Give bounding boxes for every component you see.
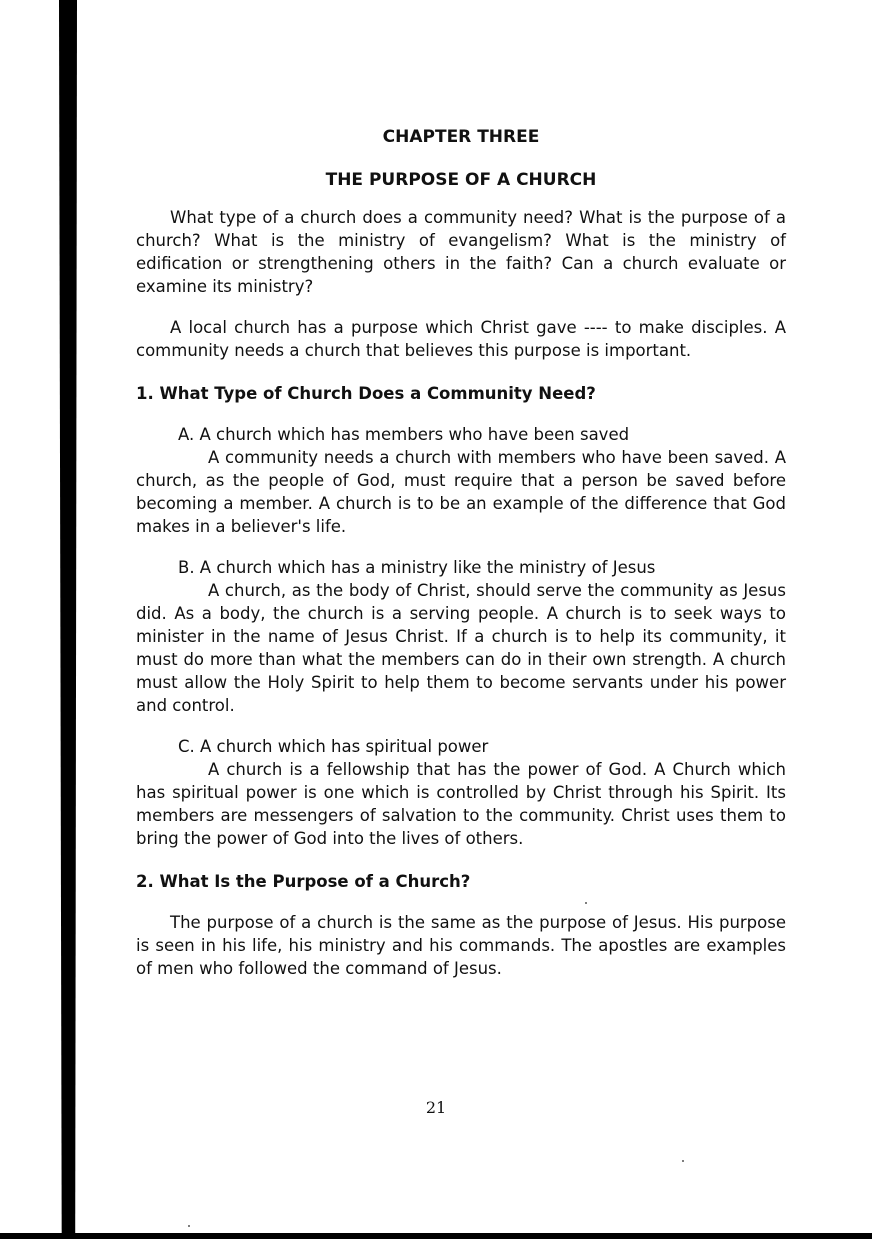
section-paragraph: The purpose of a church is the same as t… xyxy=(136,911,786,980)
scan-speck xyxy=(682,1160,684,1162)
chapter-label: CHAPTER THREE xyxy=(136,126,786,149)
scanned-page: CHAPTER THREE THE PURPOSE OF A CHURCH Wh… xyxy=(0,0,872,1239)
intro-paragraph: A local church has a purpose which Chris… xyxy=(136,316,786,362)
binding-shadow xyxy=(59,0,77,1239)
scan-speck xyxy=(188,1225,190,1227)
page-number: 21 xyxy=(0,1098,872,1117)
subsection-title: C. A church which has spiritual power xyxy=(136,735,786,758)
intro-paragraph: What type of a church does a community n… xyxy=(136,206,786,298)
section-heading: 2. What Is the Purpose of a Church? xyxy=(136,870,786,893)
section-heading: 1. What Type of Church Does a Community … xyxy=(136,382,786,405)
page-content: CHAPTER THREE THE PURPOSE OF A CHURCH Wh… xyxy=(136,120,786,980)
subsection: B. A church which has a ministry like th… xyxy=(136,556,786,717)
subsection-title: A. A church which has members who have b… xyxy=(136,423,786,446)
subsection-body: A church is a fellowship that has the po… xyxy=(136,758,786,850)
scan-speck xyxy=(585,902,587,904)
subsection: C. A church which has spiritual power A … xyxy=(136,735,786,850)
subsection-body: A community needs a church with members … xyxy=(136,446,786,538)
subsection-title: B. A church which has a ministry like th… xyxy=(136,556,786,579)
bottom-scan-border xyxy=(0,1233,872,1239)
chapter-title: THE PURPOSE OF A CHURCH xyxy=(136,169,786,192)
subsection: A. A church which has members who have b… xyxy=(136,423,786,538)
subsection-body: A church, as the body of Christ, should … xyxy=(136,579,786,717)
